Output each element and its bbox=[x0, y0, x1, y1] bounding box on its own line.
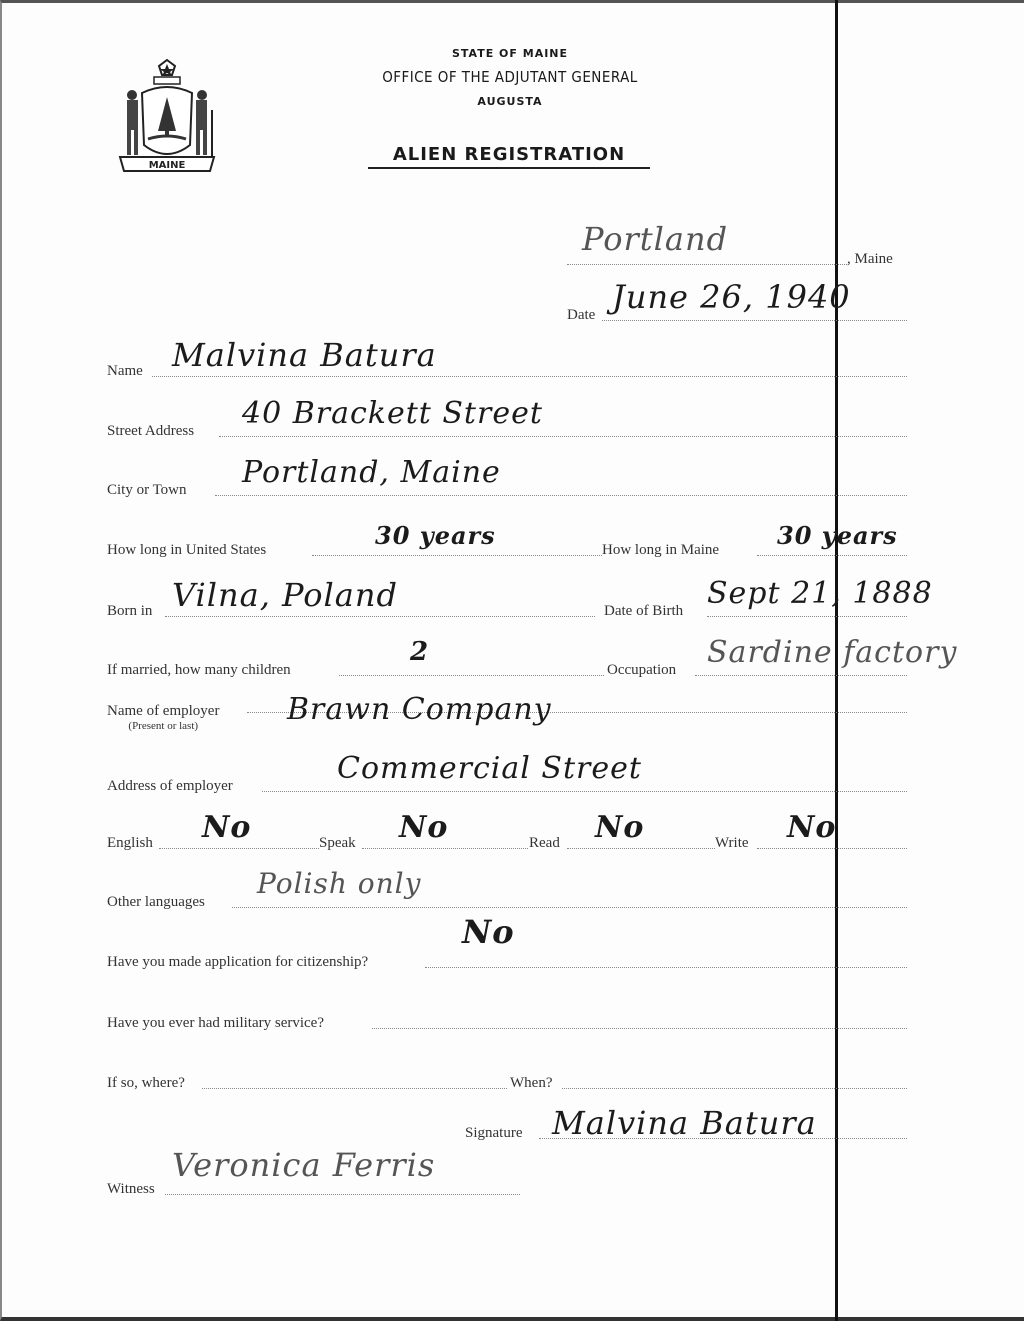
english-value[interactable]: No bbox=[202, 810, 251, 845]
military-label: Have you ever had military service? bbox=[107, 1015, 326, 1032]
header-city: AUGUSTA bbox=[255, 95, 765, 108]
how-long-us-value[interactable]: 30 years bbox=[375, 521, 496, 550]
citizenship-label: Have you made application for citizenshi… bbox=[107, 954, 370, 971]
occupation-label: Occupation bbox=[607, 662, 678, 679]
signature-value[interactable]: Malvina Batura bbox=[552, 1104, 817, 1142]
header-state: STATE OF MAINE bbox=[255, 47, 765, 60]
witness-row: Witness Veronica Ferris bbox=[107, 1176, 907, 1198]
citizenship-row: Have you made application for citizenshi… bbox=[107, 949, 907, 971]
street-address-row: Street Address 40 Brackett Street bbox=[107, 418, 907, 440]
employer-name-value[interactable]: Brawn Company bbox=[287, 692, 552, 727]
write-value[interactable]: No bbox=[787, 810, 836, 845]
form-title: ALIEN REGISTRATION bbox=[368, 144, 650, 169]
occupation-value[interactable]: Sardine factory bbox=[707, 635, 957, 670]
place-suffix: , Maine bbox=[847, 251, 895, 268]
date-of-birth-label: Date of Birth bbox=[604, 603, 685, 620]
citizenship-value[interactable]: No bbox=[462, 913, 515, 951]
children-label: If married, how many children bbox=[107, 662, 293, 679]
header-office: OFFICE OF THE ADJUTANT GENERAL bbox=[281, 68, 740, 86]
speak-label: Speak bbox=[319, 835, 358, 852]
witness-value[interactable]: Veronica Ferris bbox=[172, 1146, 435, 1184]
military-row: Have you ever had military service? bbox=[107, 1010, 907, 1032]
employer-address-row: Address of employer Commercial Street bbox=[107, 773, 907, 795]
born-in-value[interactable]: Vilna, Poland bbox=[172, 576, 398, 614]
how-long-maine-label: How long in Maine bbox=[602, 542, 721, 559]
city-value[interactable]: Portland, Maine bbox=[242, 455, 501, 490]
street-address-value[interactable]: 40 Brackett Street bbox=[242, 396, 543, 431]
date-of-birth-value[interactable]: Sept 21, 1888 bbox=[707, 576, 933, 611]
other-languages-value[interactable]: Polish only bbox=[257, 867, 421, 900]
other-languages-label: Other languages bbox=[107, 894, 207, 911]
children-occupation-row: If married, how many children 2 Occupati… bbox=[107, 657, 907, 679]
birth-row: Born in Vilna, Poland Date of Birth Sept… bbox=[107, 598, 907, 620]
where-when-row: If so, where? When? bbox=[107, 1070, 907, 1092]
born-in-label: Born in bbox=[107, 603, 154, 620]
svg-text:MAINE: MAINE bbox=[149, 160, 186, 171]
write-label: Write bbox=[715, 835, 751, 852]
employer-address-value[interactable]: Commercial Street bbox=[337, 751, 642, 786]
name-value[interactable]: Malvina Batura bbox=[172, 336, 437, 374]
employer-address-label: Address of employer bbox=[107, 778, 235, 795]
date-row: Date June 26, 1940 bbox=[107, 302, 907, 324]
street-address-label: Street Address bbox=[107, 423, 196, 440]
city-row: City or Town Portland, Maine bbox=[107, 477, 907, 499]
how-long-row: How long in United States 30 years How l… bbox=[107, 537, 907, 559]
employer-name-row: Name of employer(Present or last) Brawn … bbox=[107, 710, 907, 732]
city-label: City or Town bbox=[107, 482, 189, 499]
witness-label: Witness bbox=[107, 1181, 157, 1198]
place-value[interactable]: Portland bbox=[582, 220, 728, 258]
speak-value[interactable]: No bbox=[399, 810, 448, 845]
read-label: Read bbox=[529, 835, 562, 852]
children-value[interactable]: 2 bbox=[410, 637, 429, 667]
read-value[interactable]: No bbox=[595, 810, 644, 845]
maine-state-seal-icon: MAINE bbox=[112, 55, 222, 180]
where-label: If so, where? bbox=[107, 1075, 187, 1092]
english-label: English bbox=[107, 835, 155, 852]
how-long-maine-value[interactable]: 30 years bbox=[777, 521, 898, 550]
signature-label: Signature bbox=[465, 1125, 525, 1142]
employer-name-sublabel: (Present or last) bbox=[107, 720, 219, 732]
when-label: When? bbox=[510, 1075, 554, 1092]
date-label: Date bbox=[567, 307, 597, 324]
place-row: , Maine Portland bbox=[107, 246, 907, 268]
how-long-us-label: How long in United States bbox=[107, 542, 268, 559]
name-row: Name Malvina Batura bbox=[107, 358, 907, 380]
date-value[interactable]: June 26, 1940 bbox=[612, 278, 851, 316]
employer-name-label: Name of employer(Present or last) bbox=[107, 703, 221, 732]
other-languages-row: Other languages Polish only bbox=[107, 889, 907, 911]
signature-row: Signature Malvina Batura bbox=[107, 1120, 907, 1142]
name-label: Name bbox=[107, 363, 145, 380]
english-row: English No Speak No Read No Write No bbox=[107, 830, 907, 852]
